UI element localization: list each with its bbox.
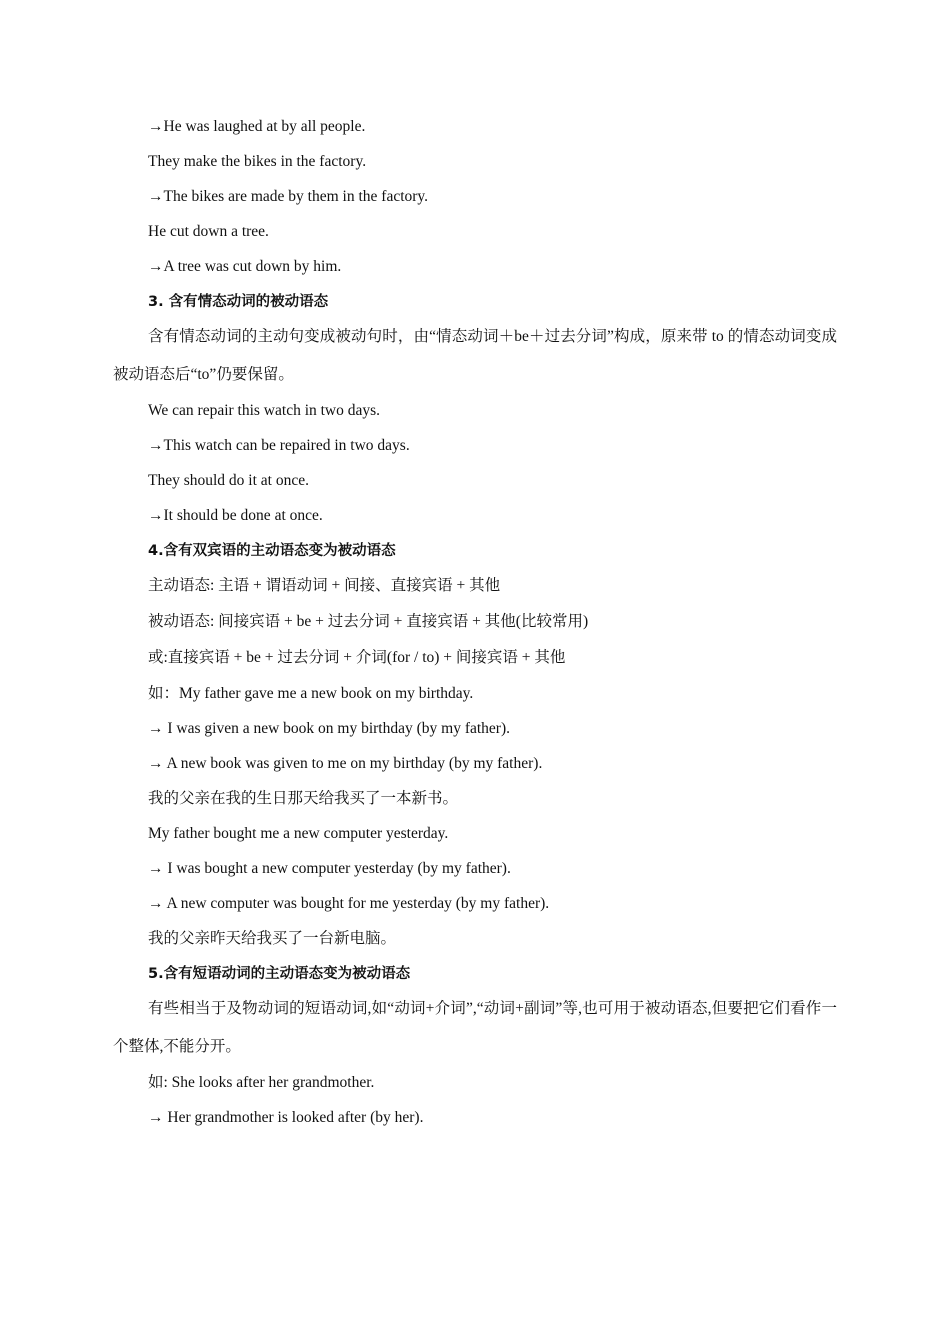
- document-page: →He was laughed at by all people. They m…: [0, 0, 950, 1344]
- example-line: My father bought me a new computer yeste…: [148, 824, 448, 844]
- section-heading-3: 3. 含有情态动词的被动语态: [148, 292, 328, 312]
- section-heading-4: 4.含有双宾语的主动语态变为被动语态: [148, 541, 396, 561]
- example-line: → Her grandmother is looked after (by he…: [148, 1108, 423, 1128]
- example-line: →This watch can be repaired in two days.: [148, 436, 410, 456]
- example-line: They make the bikes in the factory.: [148, 152, 366, 172]
- example-line: 如：My father gave me a new book on my bir…: [148, 684, 473, 704]
- example-line: He cut down a tree.: [148, 222, 269, 242]
- example-line: →The bikes are made by them in the facto…: [148, 187, 428, 207]
- example-line: 如: She looks after her grandmother.: [148, 1073, 374, 1093]
- example-line: →He was laughed at by all people.: [148, 117, 365, 137]
- example-line: → A new book was given to me on my birth…: [148, 754, 542, 774]
- example-line: →A tree was cut down by him.: [148, 257, 341, 277]
- example-line: They should do it at once.: [148, 471, 309, 491]
- translation-line: 我的父亲在我的生日那天给我买了一本新书。: [148, 789, 458, 809]
- translation-line: 我的父亲昨天给我买了一台新电脑。: [148, 929, 396, 949]
- section-3-paragraph: 含有情态动词的主动句变成被动句时，由“情态动词＋be＋过去分词”构成，原来带 t…: [113, 318, 837, 394]
- example-line: We can repair this watch in two days.: [148, 401, 380, 421]
- rule-line: 主动语态: 主语 + 谓语动词 + 间接、直接宾语 + 其他: [148, 576, 500, 596]
- example-line: → I was bought a new computer yesterday …: [148, 859, 511, 879]
- example-line: → I was given a new book on my birthday …: [148, 719, 510, 739]
- example-line: → A new computer was bought for me yeste…: [148, 894, 549, 914]
- rule-line: 被动语态: 间接宾语 + be + 过去分词 + 直接宾语 + 其他(比较常用): [148, 612, 588, 632]
- section-5-paragraph: 有些相当于及物动词的短语动词,如“动词+介词”,“动词+副词”等,也可用于被动语…: [113, 990, 837, 1066]
- rule-line: 或:直接宾语 + be + 过去分词 + 介词(for / to) + 间接宾语…: [148, 648, 565, 668]
- example-line: →It should be done at once.: [148, 506, 323, 526]
- section-heading-5: 5.含有短语动词的主动语态变为被动语态: [148, 964, 410, 984]
